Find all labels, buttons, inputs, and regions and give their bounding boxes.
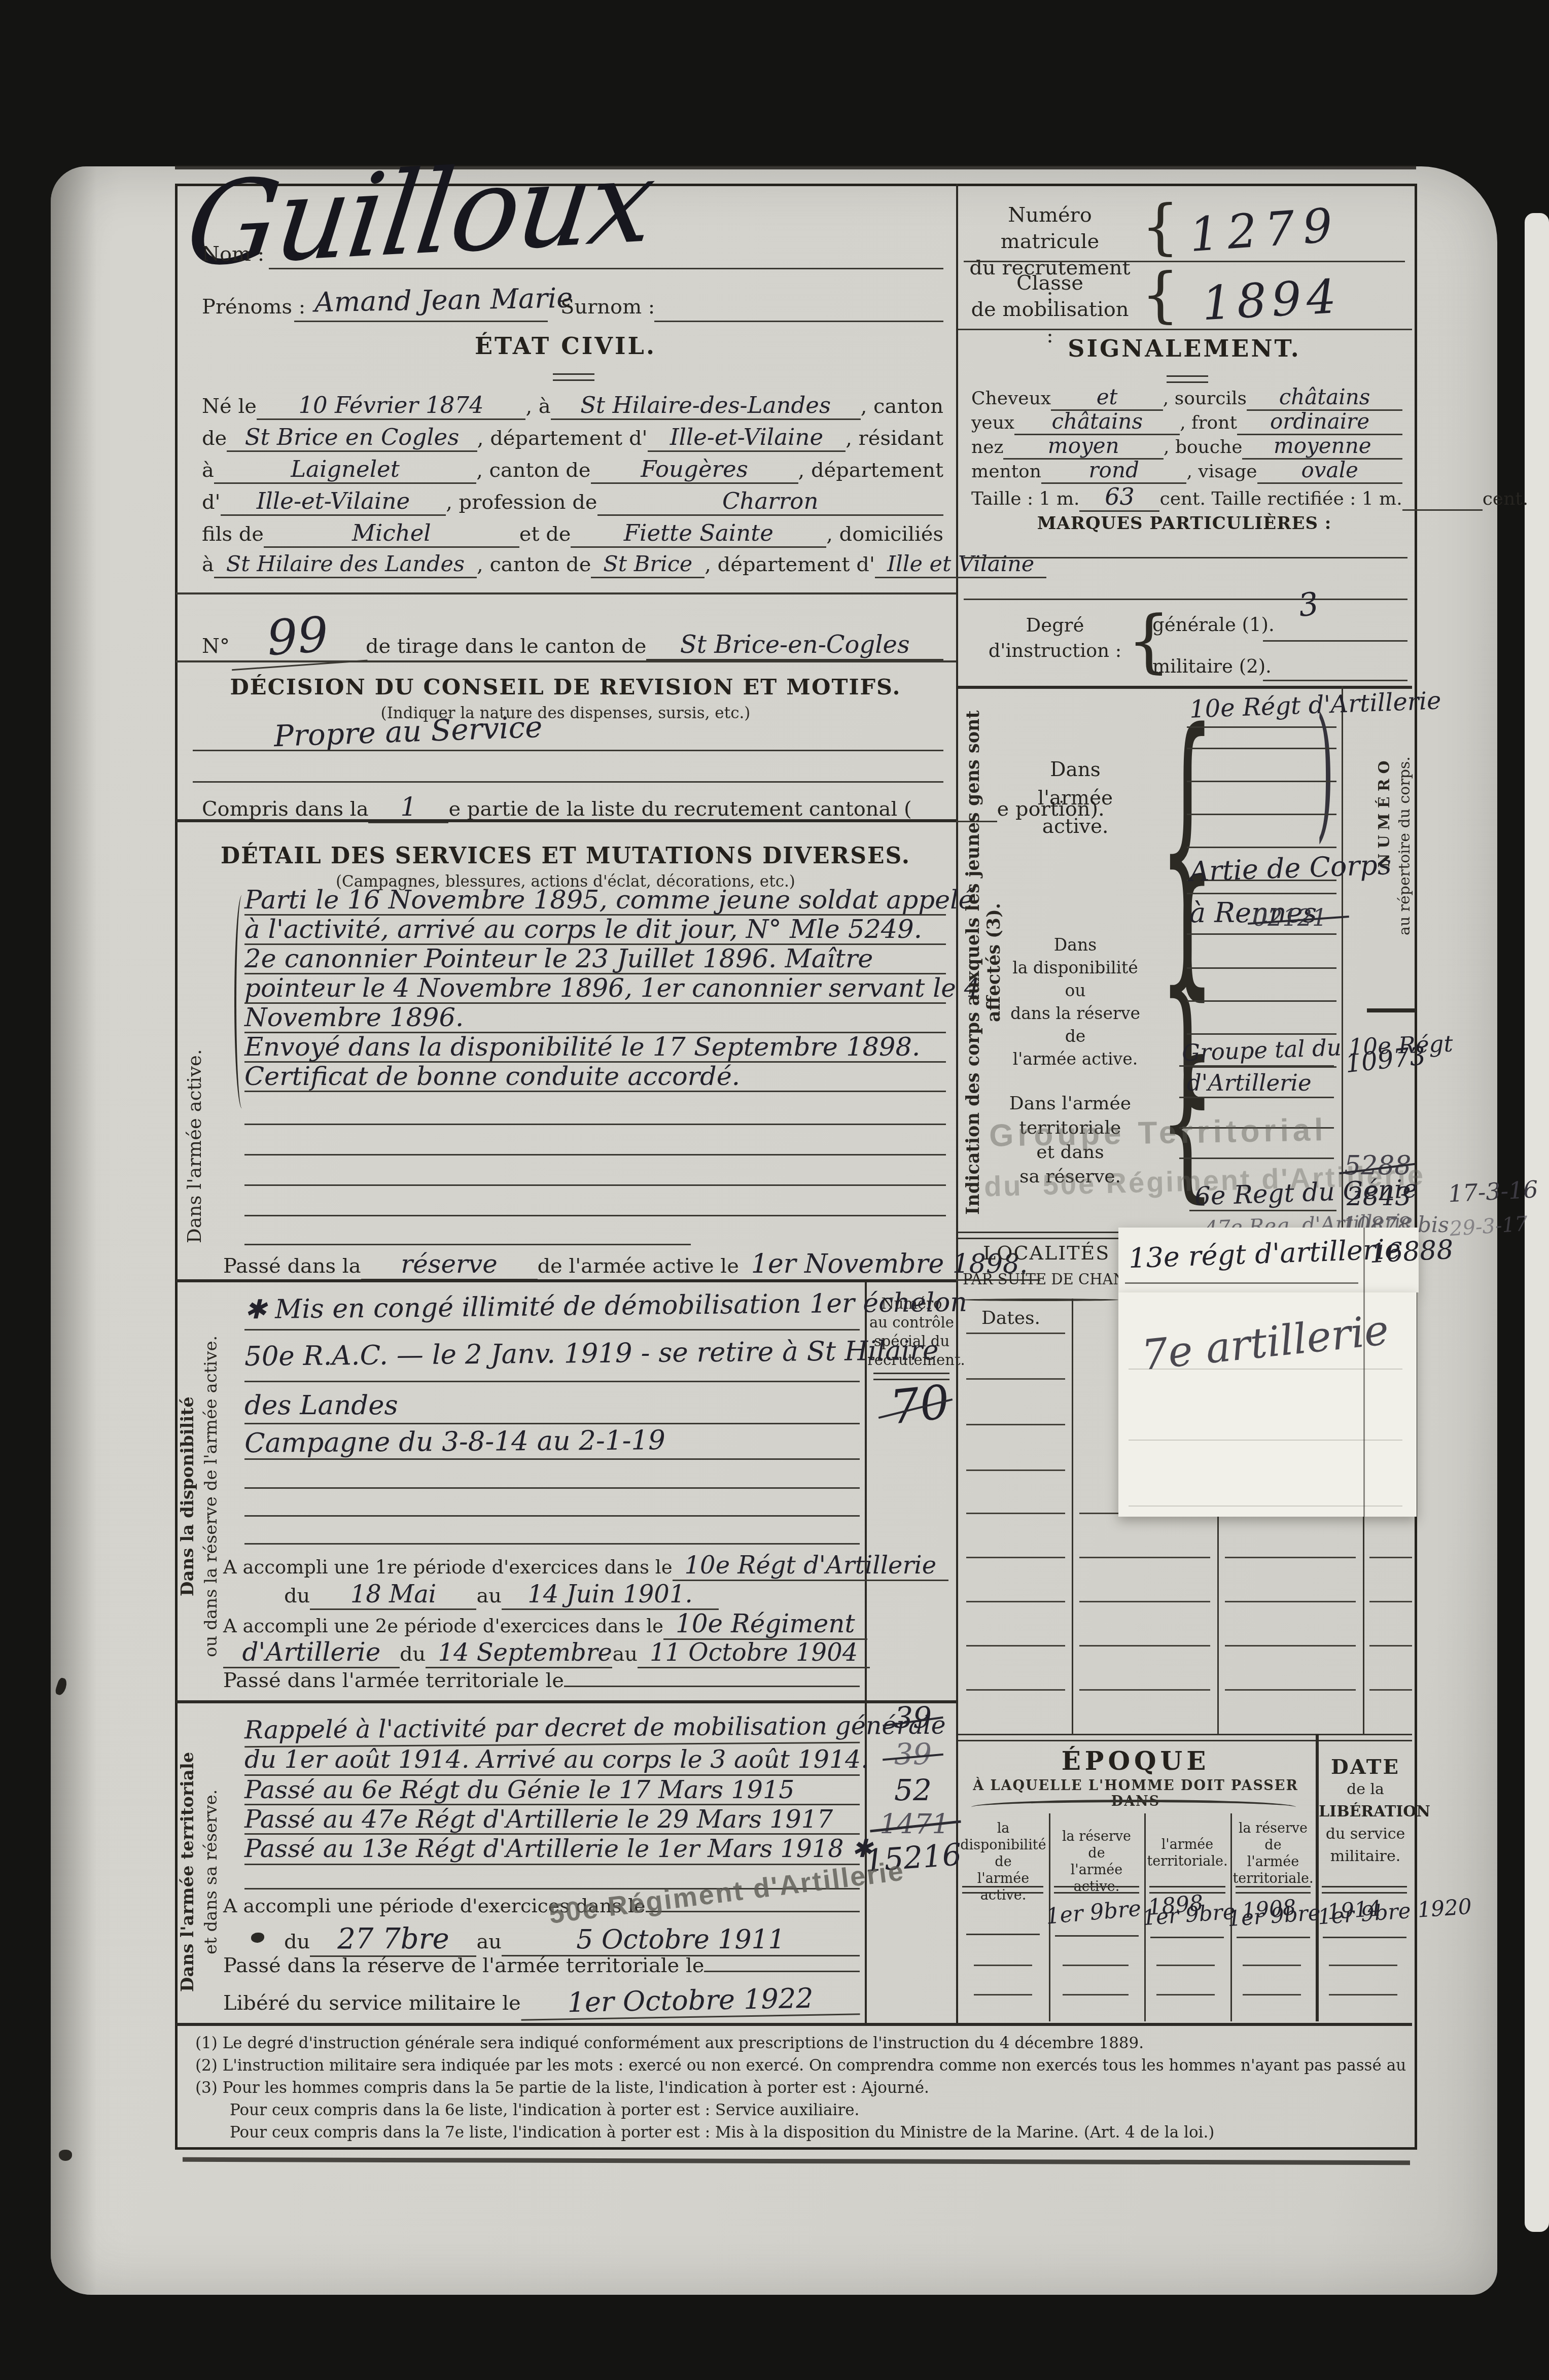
rule	[244, 1381, 860, 1382]
armee-active-vertical-label: Dans l'armée active.	[184, 994, 205, 1299]
dispo-line: des Landes	[244, 1390, 398, 1421]
signalement-row: Cheveuxet, sourcilschâtains	[971, 384, 1402, 411]
terr-line: Passé au 6e Régt du Génie le 17 Mars 191…	[244, 1775, 860, 1805]
terr-line: du 1er août 1914. Arrivé au corps le 3 a…	[244, 1745, 860, 1776]
exercice1-line: A accompli une 1re période d'exercices d…	[223, 1551, 860, 1581]
epoque-overbrace	[971, 1800, 1296, 1814]
nom-rule	[269, 268, 943, 269]
exercice1-dates: du18 Maiau14 Juin 1901.	[284, 1580, 791, 1610]
numero-label-tick	[1367, 1008, 1415, 1012]
etat-line: d'Ille-et-Vilaine, profession deCharron	[202, 487, 943, 516]
classe-brace: {	[1141, 265, 1179, 325]
terr-periode-dates: du27 7breau5 Octobre 1911	[284, 1922, 860, 1957]
rule	[1179, 1097, 1334, 1098]
footnotes: (1) Le degré d'instruction générale sera…	[195, 2030, 1409, 2143]
surnom-label: Surnom :	[560, 295, 655, 319]
signalement-divider	[1167, 375, 1208, 383]
section-thick-rule	[176, 1279, 956, 1282]
prenoms-label: Prénoms :	[202, 295, 305, 319]
corps-terr-value-2: d'Artillerie	[1187, 1069, 1312, 1096]
service-line: Parti le 16 Novembre 1895, comme jeune s…	[244, 885, 946, 916]
degre-label: Degréd'instruction :	[984, 613, 1126, 663]
rule	[244, 1329, 860, 1331]
numero-repertoire-label-1: NUMÉRO	[1376, 700, 1393, 923]
generale-label: générale (1).	[1152, 614, 1275, 636]
signalement-row: nezmoyen, bouchemoyenne	[971, 433, 1402, 460]
corps-active-label: Dansl'armée active.	[1002, 756, 1149, 841]
dispo-vertical-label-1: Dans la disponibilité	[178, 1329, 198, 1664]
epoque-header-rule	[1322, 1886, 1407, 1894]
militaire-rule	[1263, 680, 1407, 681]
slip1-num: 16888	[1369, 1235, 1454, 1270]
footnote-5: Pour ceux compris dans la 7e liste, l'in…	[230, 2123, 1214, 2142]
header-mid-rule	[964, 261, 1405, 262]
slip-number-divider	[1363, 1228, 1365, 1517]
art47-margin-date: 29-3-17	[1449, 1212, 1529, 1241]
marques-title: MARQUES PARTICULIÈRES :	[956, 513, 1413, 534]
margin-ink-mark	[59, 2150, 72, 2161]
service-line: Envoyé dans la disponibilité le 17 Septe…	[244, 1032, 946, 1063]
classe-value: 1894	[1201, 269, 1342, 331]
footnote-2: (2) L'instruction militaire sera indiqué…	[195, 2056, 1409, 2075]
epoque-empty-dashes	[1329, 1937, 1397, 1998]
dispo-vertical-label-2: ou dans la réserve de l'armée active.	[201, 1299, 221, 1694]
signalement-row: yeuxchâtains, frontordinaire	[971, 409, 1402, 435]
header-bottom-rule	[958, 329, 1412, 330]
epoque-header-rule	[1236, 1886, 1311, 1894]
genie-num: 2843	[1347, 1182, 1411, 1211]
prenoms-rule	[294, 321, 548, 322]
passe-reserve-line: Passé dans laréservede l'armée active le…	[223, 1249, 943, 1281]
localites-col-divider	[1072, 1299, 1073, 1734]
adjacent-page-edge	[1525, 213, 1549, 2232]
corps-dispo-label: Dansla disponibilitéoudans la réservedel…	[1002, 933, 1149, 1070]
marques-rule2	[964, 599, 1407, 600]
terr-line: Rappelé à l'activité par decret de mobil…	[244, 1711, 860, 1747]
epoque-col4-header: la réservedel'arméeterritoriale.	[1233, 1820, 1314, 1887]
rule	[1179, 1158, 1334, 1159]
binding-shadow	[51, 166, 96, 2295]
scanned-register-sheet: { "ui": { "brace": "{", "closeparen": ")…	[0, 0, 1549, 2380]
localites-bottom-rule	[958, 1734, 1412, 1741]
genie-margin-date: 17-3-16	[1448, 1175, 1539, 1207]
prenoms-value: Amand Jean Marie	[314, 282, 573, 319]
service-line: à l'activité, arrivé au corps le dit jou…	[244, 915, 946, 945]
decision-title: DÉCISION DU CONSEIL DE REVISION ET MOTIF…	[175, 675, 956, 700]
decision-rule	[193, 750, 943, 751]
empty-ruled-lines	[244, 1095, 946, 1219]
terr-vertical-label-2: et dans sa réserve.	[201, 1735, 221, 2009]
tirage-line: N°99de tirage dans le canton deSt Brice-…	[202, 609, 943, 666]
exercice2-dates: d'Artilleriedu14 Septembreau11 Octobre 1…	[223, 1637, 860, 1668]
localites-title: LOCALITÉS	[983, 1242, 1110, 1264]
signalement-title: SIGNALEMENT.	[956, 335, 1413, 362]
epoque-empty-dashes	[1243, 1937, 1301, 1998]
numero-repertoire-label-2: au répertoire du corps.	[1396, 694, 1414, 998]
controle-value: 70	[888, 1375, 953, 1435]
footnote-1: (1) Le degré d'instruction générale sera…	[195, 2034, 1144, 2052]
etat-line: àSt Hilaire des Landes, canton deSt Bric…	[202, 551, 943, 578]
section-thick-rule	[176, 819, 956, 822]
etat-line: deSt Brice en Cogles, département d'Ille…	[202, 424, 943, 452]
services-title: DÉTAIL DES SERVICES ET MUTATIONS DIVERSE…	[175, 843, 956, 869]
epoque-date-header: DATEde laLIBÉRATIONdu servicemilitaire.	[1319, 1756, 1412, 1868]
epoque-header-rule	[962, 1886, 1043, 1894]
rule	[1189, 1210, 1336, 1211]
footnote-separator	[176, 2023, 1412, 2026]
decision-rule2	[193, 781, 943, 783]
service-line: pointeur le 4 Novembre 1896, 1er canonni…	[244, 973, 946, 1004]
epoque-header-rule	[1054, 1886, 1139, 1894]
epoque-col2-header: la réservedel'armée active.	[1051, 1828, 1142, 1895]
service-line: 2e canonnier Pointeur le 23 Juillet 1896…	[244, 944, 946, 974]
exercice2-line: A accompli une 2e période d'exercices da…	[223, 1609, 860, 1640]
matricule-brace: {	[1141, 197, 1179, 257]
rule	[1125, 1282, 1358, 1284]
marques-rule	[964, 557, 1407, 558]
dispo-line: 50e R.A.C. — le 2 Janv. 1919 - se retire…	[244, 1335, 939, 1372]
terr-vertical-label-1: Dans l'armée territoriale	[178, 1720, 198, 2024]
rule	[1179, 1065, 1334, 1067]
libere-line: Libéré du service militaire le1er Octobr…	[223, 1984, 860, 2018]
etat-line: àLaignelet, canton deFougères, départeme…	[202, 456, 943, 484]
localites-row-dashes	[966, 1470, 1065, 1693]
taille-row: Taille : 1 m.63cent. Taille rectifiée : …	[971, 483, 1402, 512]
matricule-value: 1279	[1188, 198, 1343, 263]
service-line: Novembre 1896.	[244, 1003, 946, 1033]
repertoire-divider	[1342, 686, 1343, 1232]
epoque-col3-header: l'arméeterritoriale.	[1146, 1836, 1228, 1870]
compris-line: Compris dans la1e partie de la liste du …	[202, 792, 912, 823]
terr-line: Passé au 13e Régt d'Artillerie le 1er Ma…	[244, 1834, 860, 1865]
localites-col-divider2	[1217, 1516, 1219, 1734]
rule	[1187, 933, 1336, 935]
passe-territoriale-line: Passé dans l'armée territoriale le	[223, 1669, 860, 1692]
margin-number: 52	[877, 1773, 948, 1807]
generale-rule	[1263, 640, 1407, 642]
localites-col-divider3	[1363, 1516, 1364, 1734]
rule	[244, 1423, 860, 1424]
epoque-empty-dashes	[1156, 1937, 1215, 1998]
footnote-4: Pour ceux compris dans la 6e liste, l'in…	[230, 2101, 859, 2119]
section-rule	[176, 592, 956, 594]
etat-civil-title: ÉTAT CIVIL.	[175, 332, 956, 360]
epoque-empty-dashes	[1063, 1937, 1129, 1998]
dates-column-dashes	[966, 1288, 1065, 1476]
etat-line: Né le10 Février 1874, àSt Hilaire-des-La…	[202, 392, 943, 420]
section-rule	[176, 660, 956, 662]
short-rule	[244, 1244, 691, 1245]
etat-line: fils deMichelet deFiette Sainte, domicil…	[202, 519, 943, 548]
nom-label: Nom :	[202, 242, 264, 266]
surnom-rule	[654, 321, 943, 322]
rule	[244, 1458, 860, 1460]
rule	[1187, 893, 1336, 894]
signalement-row: mentonrond, visageovale	[971, 458, 1402, 484]
epoque-empty-dashes	[974, 1937, 1032, 1998]
section-thick-rule	[176, 1700, 956, 1703]
terr-line: Passé au 47e Régt d'Artillerie le 29 Mar…	[244, 1805, 860, 1835]
dispo-line: Campagne du 3-8-14 au 2-1-19	[244, 1425, 665, 1459]
rule	[966, 1934, 1040, 1935]
groupe-territorial-stamp: Groupe Territorial	[989, 1112, 1327, 1154]
passe-reserve-terr-line: Passé dans la réserve de l'armée territo…	[223, 1954, 860, 1977]
footnote-3: (3) Pour les hommes compris dans la 5e p…	[195, 2079, 929, 2097]
empty-ruled-lines	[244, 1461, 860, 1547]
service-line: Certificat de bonne conduite accordé.	[244, 1062, 946, 1092]
etat-civil-divider	[553, 373, 594, 381]
epoque-title: ÉPOQUE	[958, 1746, 1313, 1776]
